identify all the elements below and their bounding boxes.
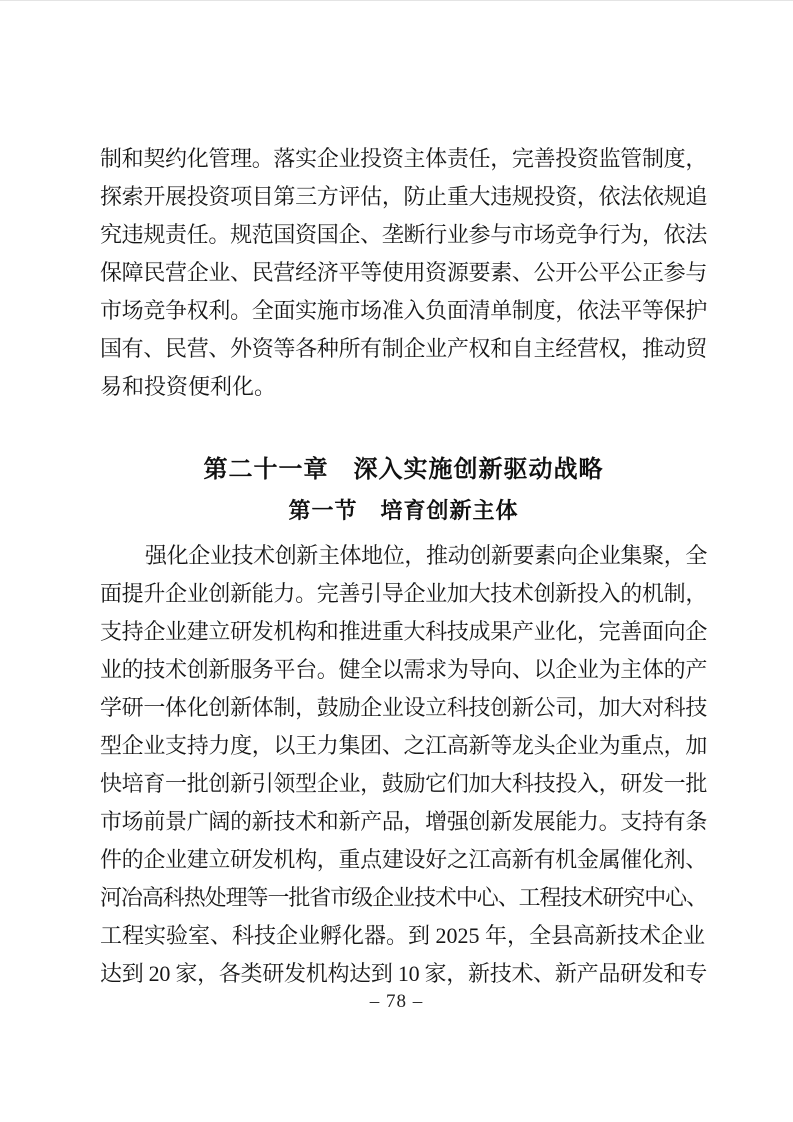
text-line: 达到 20 家，各类研发机构达到 10 家，新技术、新产品研发和专 [100,955,707,993]
section-body-paragraph: 强化企业技术创新主体地位，推动创新要素向企业集聚，全面提升企业创新能力。完善引导… [100,537,707,993]
text-line: 制和契约化管理。落实企业投资主体责任，完善投资监管制度， [100,140,707,178]
text-line: 易和投资便利化。 [100,368,707,406]
text-line: 国有、民营、外资等各种所有制企业产权和自主经营权，推动贸 [100,330,707,368]
text-line: 河冶高科热处理等一批省市级企业技术中心、工程技术研究中心、 [100,879,707,917]
text-line: 究违规责任。规范国资国企、垄断行业参与市场竞争行为，依法 [100,216,707,254]
text-line: 件的企业建立研发机构，重点建设好之江高新有机金属催化剂、 [100,841,707,879]
text-line: 支持企业建立研发机构和推进重大科技成果产业化，完善面向企 [100,613,707,651]
text-line: 保障民营企业、民营经济平等使用资源要素、公开公平公正参与 [100,254,707,292]
section-heading: 第一节 培育创新主体 [100,496,707,526]
text-line: 面提升企业创新能力。完善引导企业加大技术创新投入的机制， [100,575,707,613]
text-line: 快培育一批创新引领型企业，鼓励它们加大科技投入，研发一批 [100,765,707,803]
paragraph-continued-from-previous-page: 制和契约化管理。落实企业投资主体责任，完善投资监管制度，探索开展投资项目第三方评… [100,140,707,406]
text-line: 型企业支持力度，以王力集团、之江高新等龙头企业为重点，加 [100,727,707,765]
document-page: 制和契约化管理。落实企业投资主体责任，完善投资监管制度，探索开展投资项目第三方评… [0,0,793,1122]
chapter-heading: 第二十一章 深入实施创新驱动战略 [100,453,707,487]
text-line: 市场前景广阔的新技术和新产品，增强创新发展能力。支持有条 [100,803,707,841]
text-line: 工程实验室、科技企业孵化器。到 2025 年，全县高新技术企业 [100,917,707,955]
page-number: – 78 – [0,991,793,1013]
text-line: 探索开展投资项目第三方评估，防止重大违规投资，依法依规追 [100,178,707,216]
text-line: 学研一体化创新体制，鼓励企业设立科技创新公司，加大对科技 [100,689,707,727]
text-line: 市场竞争权利。全面实施市场准入负面清单制度，依法平等保护 [100,292,707,330]
text-line: 强化企业技术创新主体地位，推动创新要素向企业集聚，全 [100,537,707,575]
text-line: 业的技术创新服务平台。健全以需求为导向、以企业为主体的产 [100,651,707,689]
